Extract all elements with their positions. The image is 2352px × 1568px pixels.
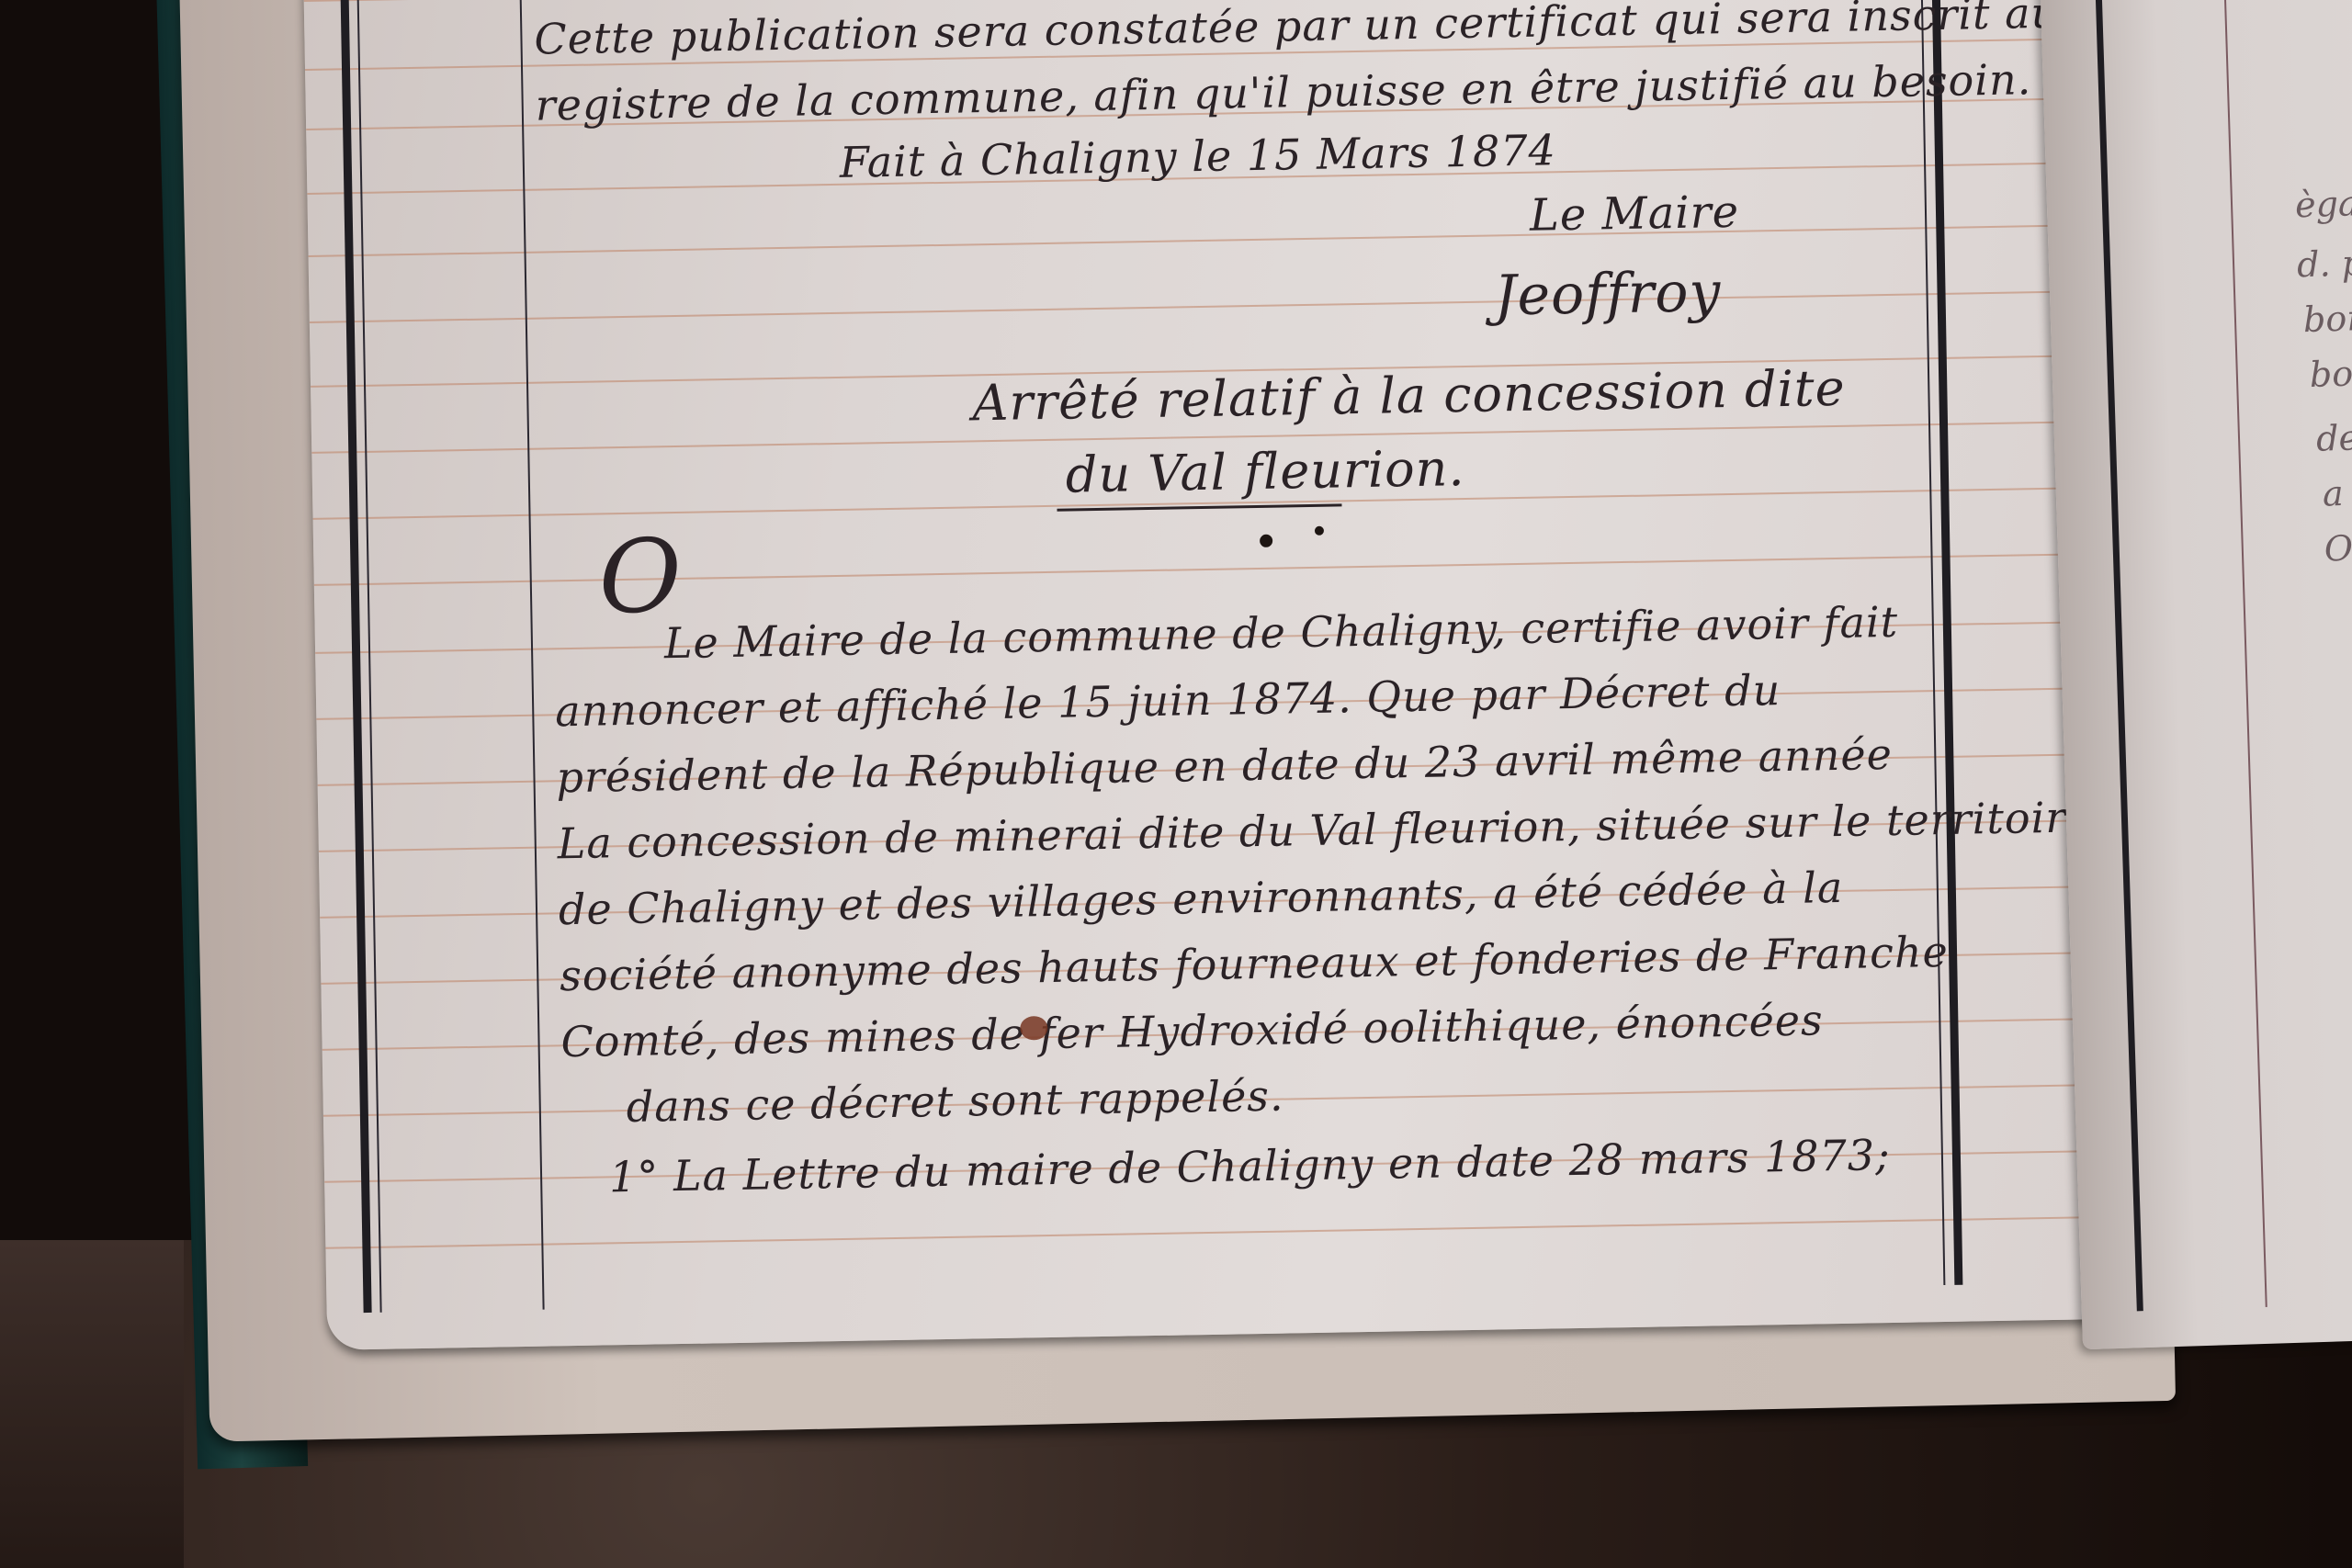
signature-title: Le Maire (1530, 186, 1740, 242)
ink-blot (1260, 535, 1272, 547)
entry-title-line-2: du Val fleurion. (1065, 439, 1465, 504)
previous-entry-line-2: Cette publication sera constatée par un … (534, 0, 2060, 64)
entry-title-line-1: Arrêté relatif à la concession dite (972, 359, 1846, 433)
mayor-signature: Jeoffroy (1494, 260, 1722, 328)
body-line-2: annoncer et affiché le 15 juin 1874. Que… (555, 665, 1781, 736)
ruled-line (310, 289, 2138, 323)
previous-entry-line-3: registre de la commune, afin qu'il puiss… (535, 54, 2031, 130)
adjacent-page-margin-rule (2095, 0, 2143, 1311)
body-line-6: société anonyme des hauts fourneaux et f… (560, 927, 1949, 1000)
ruled-line (325, 1215, 2154, 1249)
adjacent-page-fragment: de (2315, 417, 2352, 458)
body-line-8: dans ce décret sont rappelés. (626, 1071, 1284, 1132)
right-margin-rule-thick (1931, 0, 1963, 1285)
adjacent-page-fragment: bo (2309, 354, 2352, 395)
register-page: Art. 8. Le présent arrêté sera publié et… (303, 0, 2155, 1350)
adjacent-page-text-rule (2223, 0, 2267, 1307)
adjacent-page-fragment: O (2324, 528, 2352, 570)
body-line-7: Comté, des mines de fer Hydroxidé oolith… (560, 995, 1824, 1066)
ruled-line (314, 552, 2143, 586)
adjacent-page: èga d. p bon bo de a O (2040, 0, 2352, 1349)
body-line-1: Le Maire de la commune de Chaligny, cert… (664, 597, 1899, 668)
adjacent-page-fragment: d. p (2296, 243, 2352, 285)
adjacent-page-fragment: a (2322, 473, 2344, 514)
body-line-4: La concession de minerai dite du Val fle… (557, 792, 2093, 868)
adjacent-page-fragment: èga (2294, 183, 2352, 225)
adjacent-page-fragment: bon (2302, 298, 2352, 340)
ruled-line (309, 223, 2137, 257)
body-line-9: 1° La Lettre du maire de Chaligny en dat… (609, 1130, 1891, 1201)
previous-entry-closing: Fait à Chaligny le 15 Mars 1874 (839, 125, 1556, 187)
body-line-3: président de la République en date du 23… (556, 729, 1893, 802)
body-line-5: de Chaligny et des villages environnants… (559, 863, 1844, 934)
ink-blot (1315, 526, 1324, 536)
table-edge (0, 1240, 184, 1568)
